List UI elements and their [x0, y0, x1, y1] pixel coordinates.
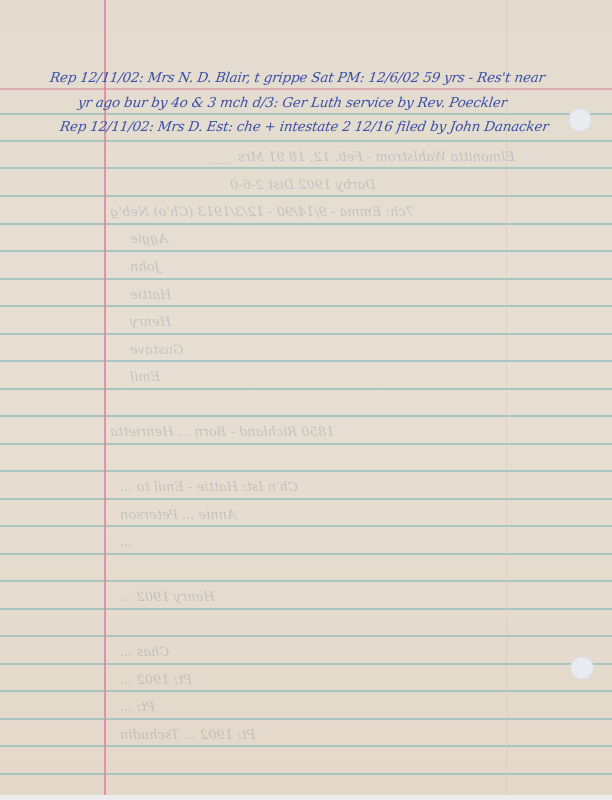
bleed-through-text: Pt: 1902 ... Tschudin: [120, 728, 256, 743]
bleed-through-text: Aggie: [130, 232, 168, 247]
rule-line: [0, 88, 612, 90]
rule-line: [0, 553, 612, 555]
rule-line: [0, 635, 612, 637]
rule-line: [0, 718, 612, 720]
rule-line: [0, 498, 612, 500]
punch-hole-bottom: [570, 656, 594, 680]
rule-line: [0, 223, 612, 225]
rule-line: [0, 443, 612, 445]
rule-line: [0, 305, 612, 307]
rule-line: [0, 278, 612, 280]
rule-line: [0, 773, 612, 775]
rule-line: [0, 415, 612, 417]
bleed-through-text: Annie ... Peterson: [120, 508, 237, 523]
bleed-through-text: Hattie: [130, 288, 171, 303]
punch-hole-top: [568, 108, 592, 132]
bleed-through-text: 1850 Richland - Born ... Henrietta: [110, 425, 334, 440]
bleed-through-text: 7ch: Emma - 9/14/90 - 12/3/1913 (Ch'o) N…: [110, 205, 414, 220]
rule-line: [0, 250, 612, 252]
rule-line: [0, 525, 612, 527]
rule-line: [0, 690, 612, 692]
bleed-through-text: Darby 1902 Dist 2-6-0: [230, 178, 376, 193]
bleed-through-text: Gustave: [130, 343, 183, 358]
rule-line: [0, 470, 612, 472]
scan-background: [0, 795, 612, 800]
bleed-through-text: Chas ...: [120, 645, 169, 660]
rule-line: [0, 360, 612, 362]
bleed-through-text: Ch'n Ist: Hattie - Emil to ...: [120, 480, 298, 495]
bleed-through-text: Pt: ...: [120, 700, 155, 715]
handwritten-line-2: yr ago bur by 4o & 3 mch d/3: Ger Luth s…: [77, 95, 508, 111]
rule-line: [0, 140, 612, 142]
bleed-through-text: Henry: [130, 315, 171, 330]
bleed-through-text: Henry 1902 ...: [120, 590, 215, 605]
bleed-through-text: Elmonitta Wahlstrom - Feb. 12, 18 91 Mrs…: [210, 150, 515, 165]
handwritten-line-1: Rep 12/11/02: Mrs N. D. Blair, t grippe …: [49, 70, 546, 86]
handwritten-line-3: Rep 12/11/02: Mrs D. Est: che + intestat…: [59, 119, 550, 135]
rule-line: [0, 195, 612, 197]
rule-line: [0, 388, 612, 390]
rule-line: [0, 580, 612, 582]
bleed-through-text: Emil: [130, 370, 160, 385]
notebook-page: Elmonitta Wahlstrom - Feb. 12, 18 91 Mrs…: [0, 0, 612, 795]
bleed-through-text: Pt: 1902 ...: [120, 673, 192, 688]
rule-line: [0, 113, 612, 115]
rule-line: [0, 608, 612, 610]
rule-line: [0, 663, 612, 665]
rule-line: [0, 745, 612, 747]
rule-line: [0, 167, 612, 169]
rule-line: [0, 333, 612, 335]
bleed-through-text: ...: [120, 535, 132, 550]
bleed-through-text: John: [130, 260, 160, 275]
